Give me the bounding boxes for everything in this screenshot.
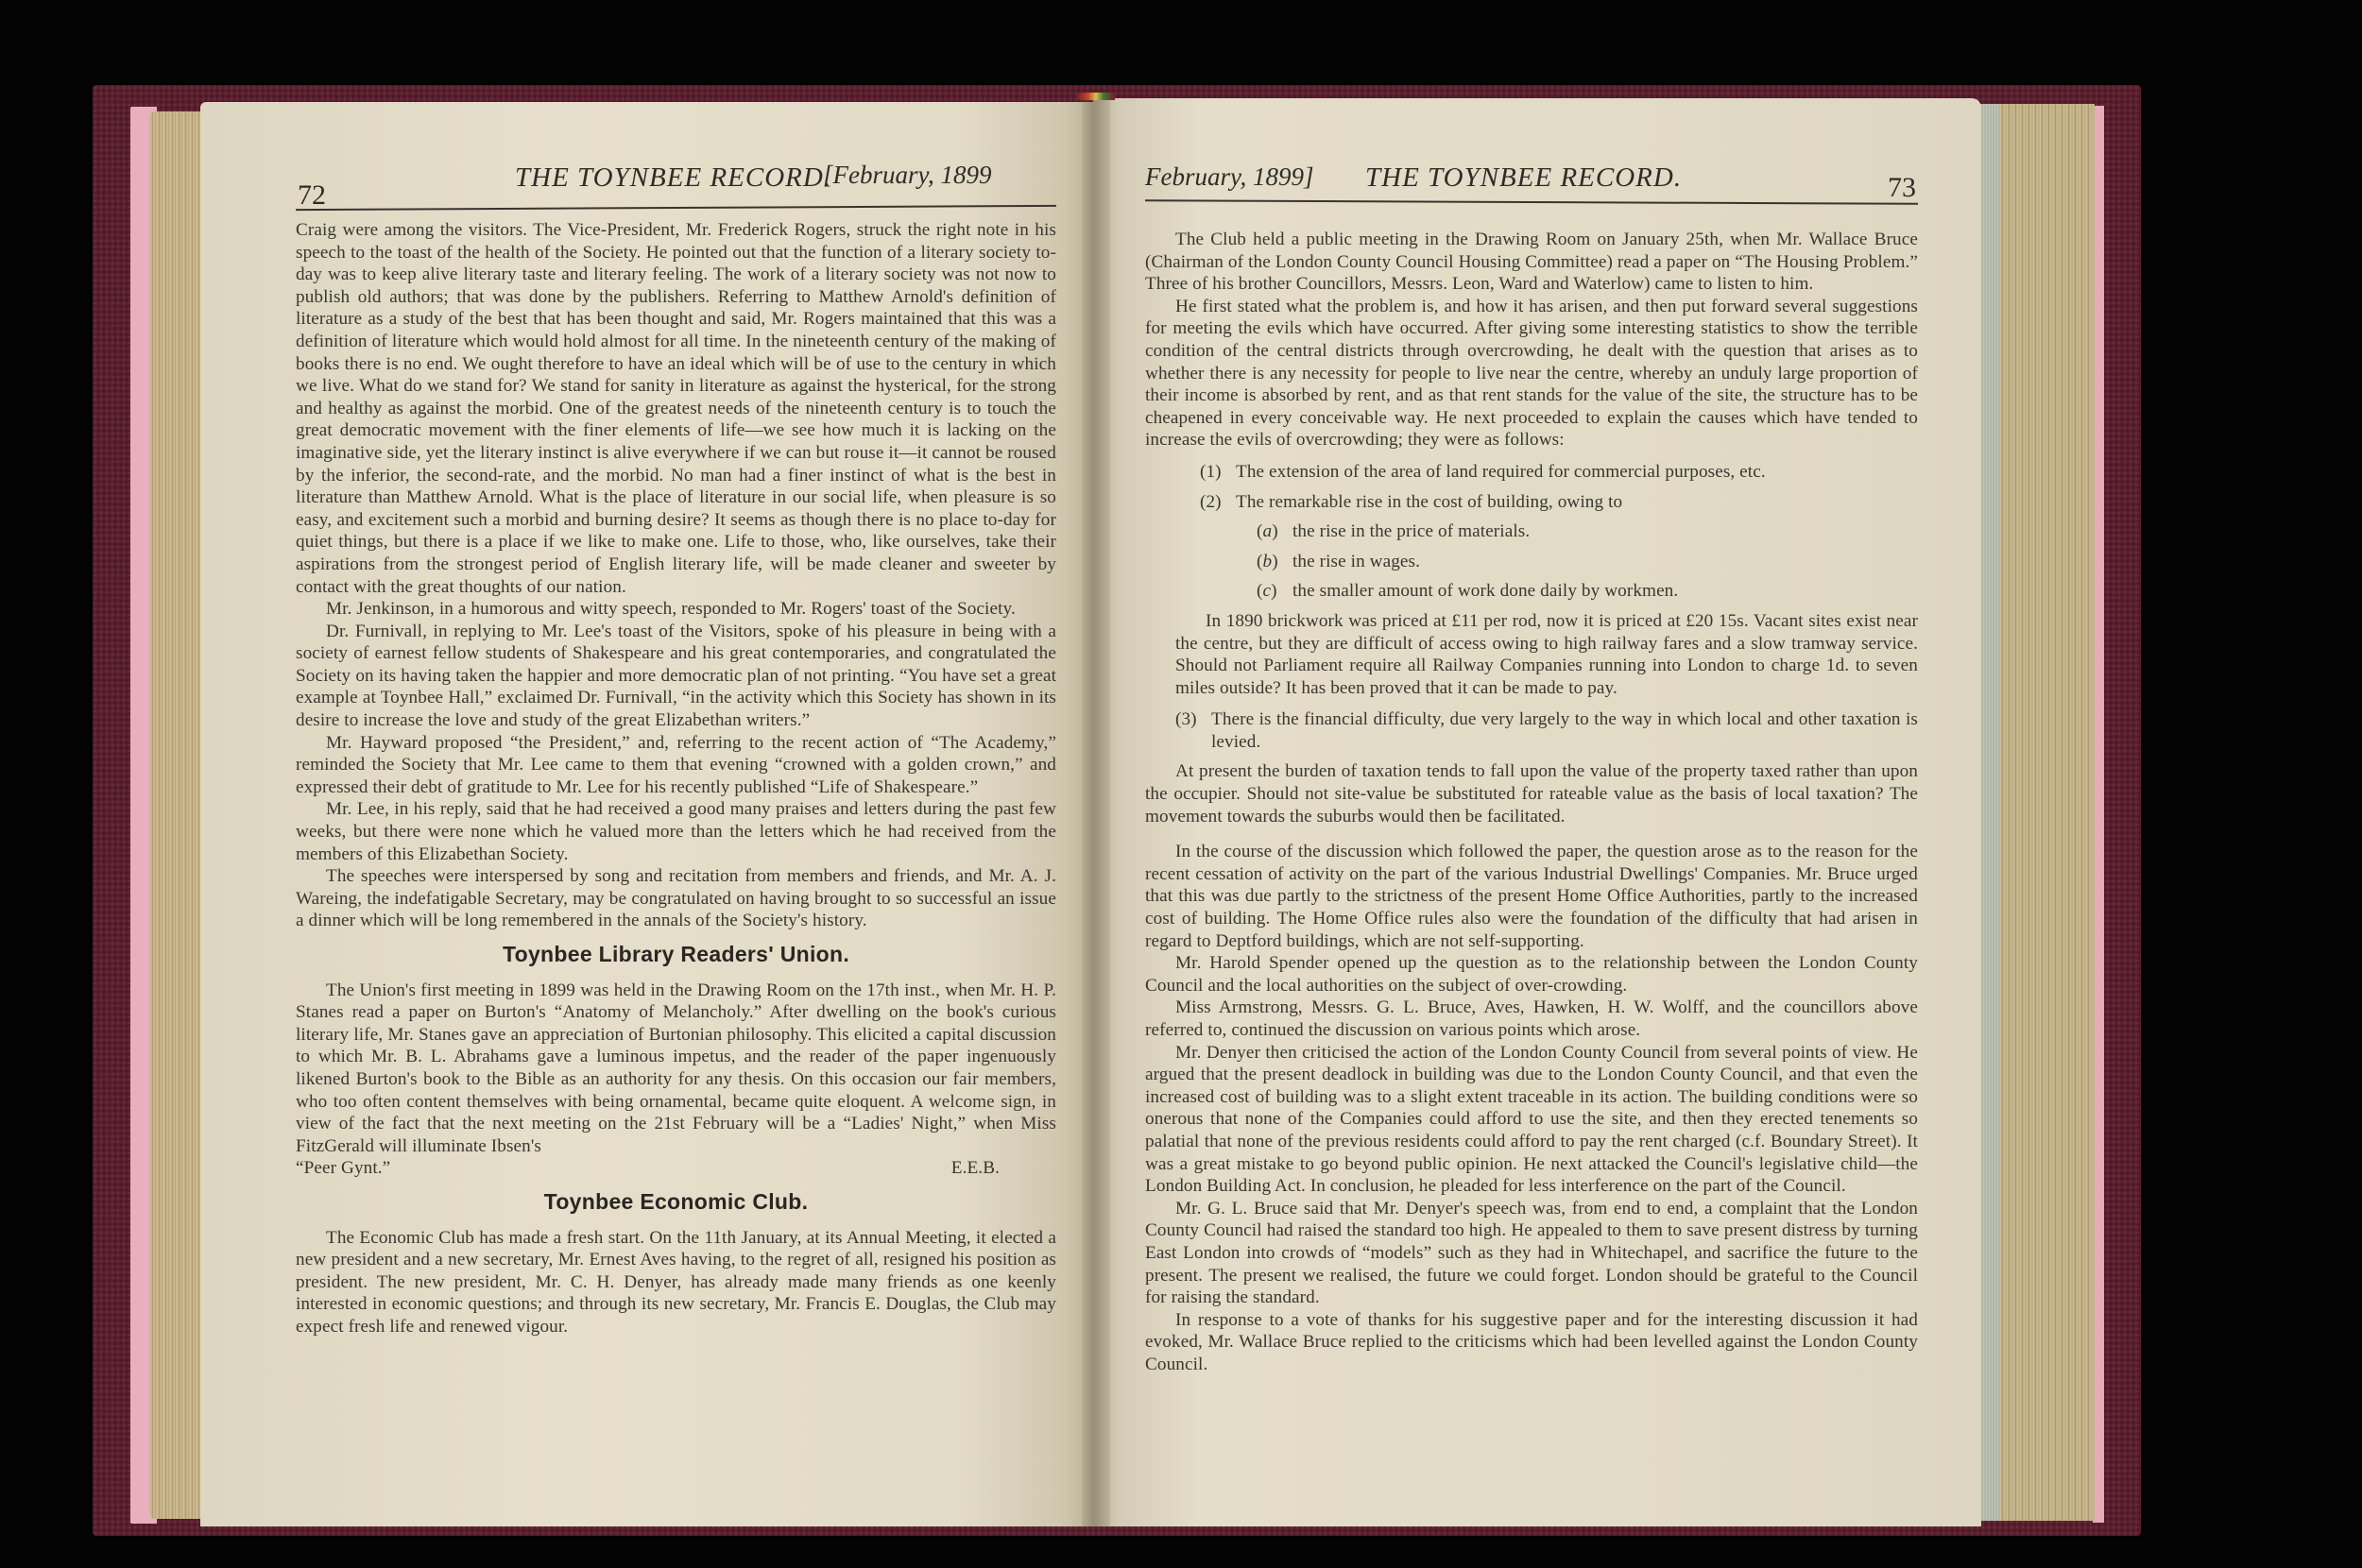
page-number: 73 [1888,172,1916,204]
subcauses-list: (a) the rise in the price of materials. … [1145,520,1918,603]
paragraph: Miss Armstrong, Messrs. G. L. Bruce, Ave… [1145,997,1918,1041]
list-number: (2) [1200,491,1236,514]
list-item: (c) the smaller amount of work done dail… [1257,580,1918,603]
paragraph: At present the burden of taxation tends … [1145,760,1918,827]
paragraph: The Economic Club has made a fresh start… [296,1227,1056,1338]
list-text: The remarkable rise in the cost of build… [1236,491,1918,514]
paragraph: Mr. Denyer then criticised the action of… [1145,1042,1918,1198]
paragraph-end: “Peer Gynt.” [296,1157,390,1180]
paragraph: In the course of the discussion which fo… [1145,841,1918,952]
page-stack-left [149,111,206,1519]
list-letter: a [1263,521,1273,541]
page-stack-right-inner [1979,104,2000,1521]
cause-3: (3) There is the financial difficulty, d… [1145,708,1918,753]
list-text: There is the financial difficulty, due v… [1211,708,1918,753]
paragraph: The Club held a public meeting in the Dr… [1145,229,1918,296]
list-text: the rise in the price of materials. [1292,520,1918,543]
running-title: THE TOYNBEE RECORD. [515,162,831,194]
left-page-body: Craig were among the visitors. The Vice-… [296,219,1056,1338]
paragraph: In 1890 brickwork was priced at £11 per … [1175,610,1918,699]
section-heading-readers-union: Toynbee Library Readers' Union. [296,944,1056,966]
issue-date: [February, 1899 [823,161,992,190]
paragraph: The speeches were interspersed by song a… [296,865,1056,932]
paragraph: Craig were among the visitors. The Vice-… [296,219,1056,598]
page-number: 72 [298,179,326,212]
paragraph: The Union's first meeting in 1899 was he… [296,980,1056,1158]
paragraph: Mr. Jenkinson, in a humorous and witty s… [296,598,1056,621]
right-page-body: The Club held a public meeting in the Dr… [1145,229,1918,1376]
list-text: the smaller amount of work done daily by… [1292,580,1918,603]
causes-list: (1) The extension of the area of land re… [1145,461,1918,513]
paragraph: He first stated what the problem is, and… [1145,296,1918,452]
list-item: (3) There is the financial difficulty, d… [1175,708,1918,753]
list-item: (1) The extension of the area of land re… [1200,461,1918,484]
list-item: (a) the rise in the price of materials. [1257,520,1918,543]
list-number: (3) [1175,708,1211,753]
paragraph: Dr. Furnivall, in replying to Mr. Lee's … [296,621,1056,732]
list-text: The extension of the area of land requir… [1236,461,1918,484]
page-stack-right [1979,104,2095,1521]
paragraph: In response to a vote of thanks for his … [1145,1309,1918,1376]
list-letter: c [1263,581,1272,601]
signature-line: “Peer Gynt.” E.E.B. [296,1157,1056,1180]
list-item: (2) The remarkable rise in the cost of b… [1200,491,1918,514]
paragraph: Mr. Harold Spender opened up the questio… [1145,952,1918,997]
headband [1077,93,1115,100]
issue-date: February, 1899] [1145,162,1314,192]
paragraph: Mr. Hayward proposed “the President,” an… [296,732,1056,799]
list-item: (b) the rise in wages. [1257,551,1918,573]
list-letter: b [1263,552,1273,571]
list-number: (1) [1200,461,1236,484]
section-heading-economic-club: Toynbee Economic Club. [296,1191,1056,1214]
paragraph: Mr. G. L. Bruce said that Mr. Denyer's s… [1145,1198,1918,1309]
author-initials: E.E.B. [951,1157,1000,1180]
list-text: the rise in wages. [1292,551,1918,573]
running-title: THE TOYNBEE RECORD. [1365,162,1682,194]
spine-gutter [1082,94,1110,1526]
paragraph: Mr. Lee, in his reply, said that he had … [296,798,1056,865]
